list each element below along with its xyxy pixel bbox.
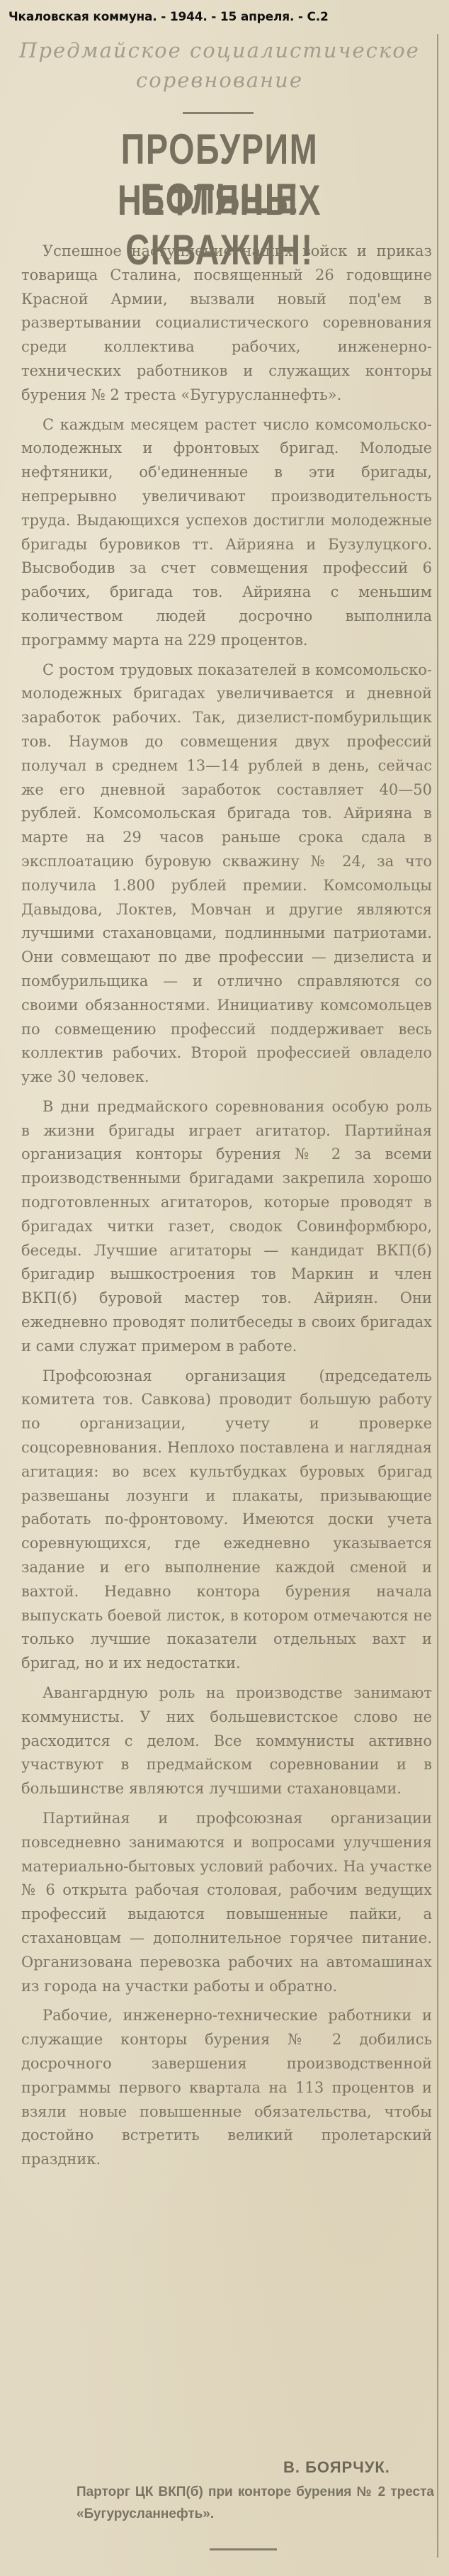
article-paragraph: Авангардную роль на производстве занимаю…	[21, 1681, 432, 1801]
article-body: Успешное наступление наших войск и прика…	[21, 240, 432, 2178]
article-paragraph: С ростом трудовых показателей в комсомол…	[21, 659, 432, 1090]
rubric-divider	[183, 112, 254, 114]
author-signature: В. БОЯРЧУК.	[283, 2458, 390, 2477]
author-position: Парторг ЦК ВКП(б) при конторе бурения № …	[76, 2481, 434, 2525]
article-paragraph: Успешное наступление наших войск и прика…	[21, 240, 432, 408]
end-divider	[210, 2548, 277, 2550]
source-caption: Чкаловская коммуна. - 1944. - 15 апреля.…	[8, 10, 329, 24]
article-paragraph: В дни предмайского соревнования особую р…	[21, 1095, 432, 1359]
rubric-line-1: Предмайское социалистическое	[0, 35, 439, 65]
article-paragraph: Партийная и профсоюзная организации повс…	[21, 1807, 432, 1998]
rubric-line-2: соревнование	[0, 65, 439, 95]
article-paragraph: Профсоюзная организация (председатель ко…	[21, 1365, 432, 1676]
article-paragraph: С каждым месяцем растет число комсомольс…	[21, 413, 432, 653]
column-divider	[437, 34, 438, 2558]
article-paragraph: Рабочие, инженерно-технические работники…	[21, 2004, 432, 2172]
